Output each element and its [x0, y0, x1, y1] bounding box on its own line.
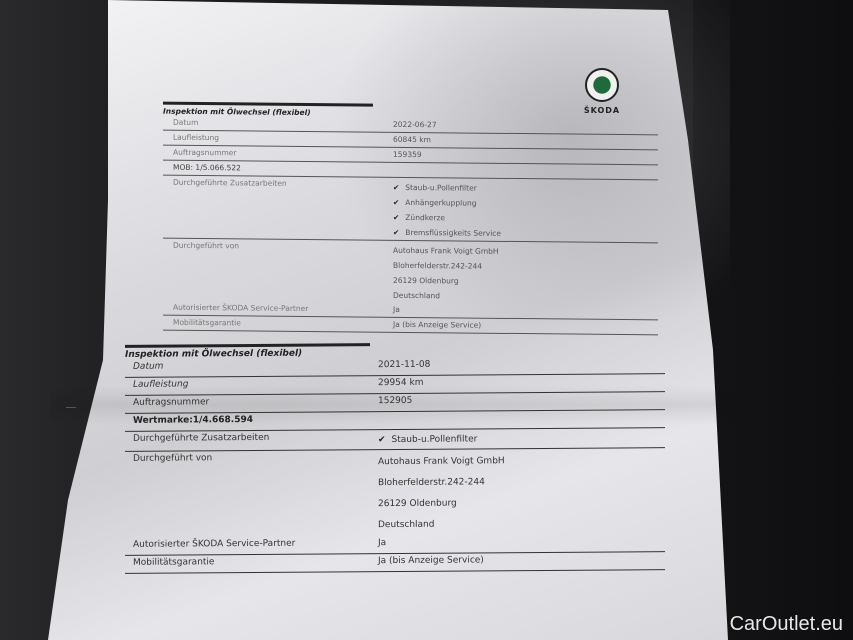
- mobility-row: MobilitätsgarantieJa (bis Anzeige Servic…: [125, 552, 665, 574]
- service-record-2: Inspektion mit Ölwechsel (flexibel) Datu…: [125, 341, 665, 574]
- performed-by-row: Durchgeführt von Autohaus Frank Voigt Gm…: [163, 239, 658, 306]
- record-title: Inspektion mit Ölwechsel (flexibel): [125, 343, 370, 360]
- service-record-1: Inspektion mit Ölwechsel (flexibel) Datu…: [163, 102, 658, 336]
- extra-work-row: Durchgeführte Zusatzarbeiten ✔Staub-u.Po…: [163, 176, 658, 244]
- watermark: CarOutlet.eu: [730, 613, 843, 636]
- check-icon: ✔: [393, 198, 399, 207]
- check-icon: ✔: [378, 435, 386, 445]
- check-icon: ✔: [393, 228, 399, 237]
- check-icon: ✔: [393, 213, 399, 222]
- performed-by-row: Durchgeführt von Autohaus Frank Voigt Gm…: [125, 448, 665, 538]
- skoda-arrow-icon: [585, 68, 619, 102]
- check-icon: ✔: [393, 183, 399, 192]
- mark: [66, 407, 76, 408]
